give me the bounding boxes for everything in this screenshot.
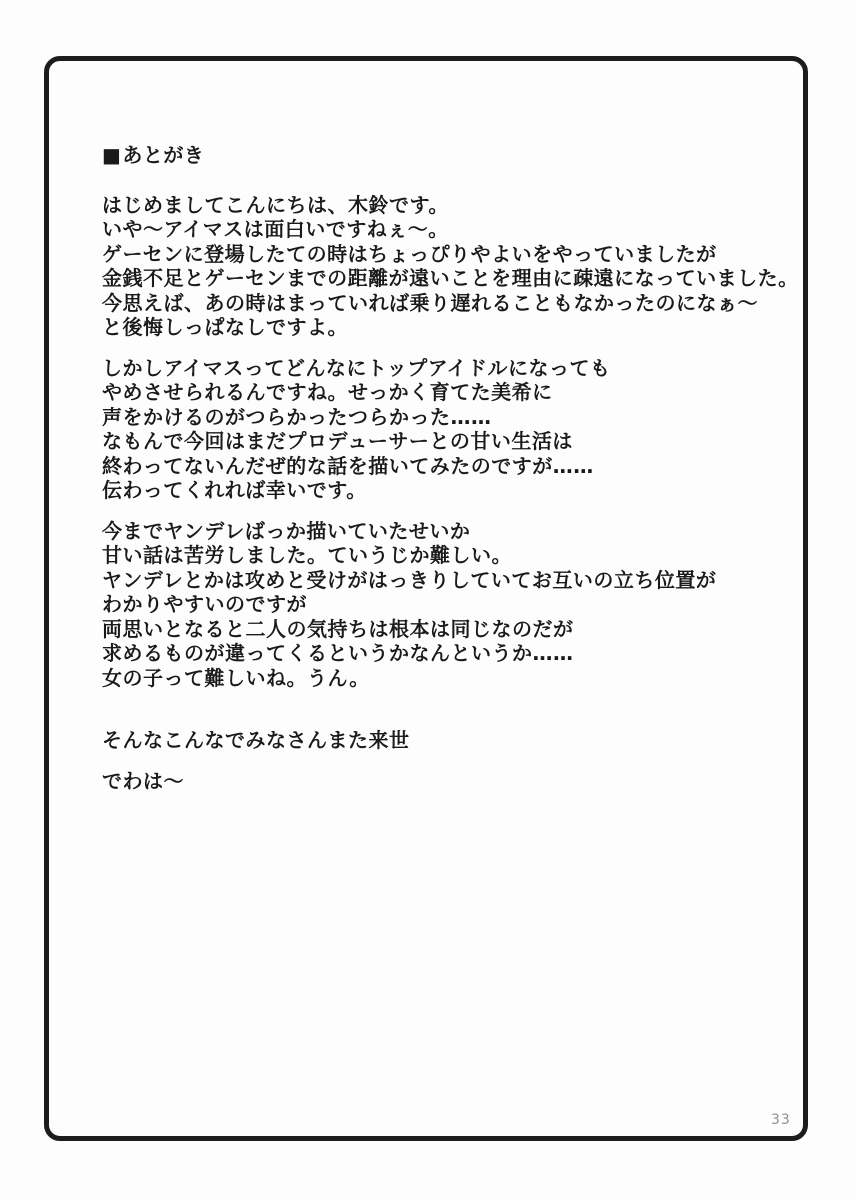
text-line: 今思えば、あの時はまっていれば乗り遅れることもなかったのになぁ～ [102, 291, 802, 316]
text-line: そんなこんなでみなさんまた来世 [102, 728, 802, 753]
text-line: でわは～ [102, 769, 802, 794]
text-line: はじめましてこんにちは、木鈴です。 [102, 193, 802, 218]
afterword-heading-label: あとがき [122, 143, 204, 167]
text-line: 女の子って難しいね。うん。 [102, 666, 802, 691]
scanned-afterword-page: ■あとがき はじめましてこんにちは、木鈴です。 いや～アイマスは面白いですねぇ～… [0, 0, 856, 1200]
text-line: なもんで今回はまだプロデューサーとの甘い生活は [102, 429, 802, 454]
text-line: ヤンデレとかは攻めと受けがはっきりしていてお互いの立ち位置が [102, 568, 802, 593]
text-line: 求めるものが違ってくるというかなんというか…… [102, 641, 802, 666]
text-line: 甘い話は苦労しました。ていうじか難しい。 [102, 543, 802, 568]
afterword-paragraph-story: しかしアイマスってどんなにトップアイドルになっても やめさせられるんですね。せっ… [102, 356, 802, 503]
text-line: いや～アイマスは面白いですねぇ～。 [102, 217, 802, 242]
text-line: 両思いとなると二人の気持ちは根本は同じなのだが [102, 617, 802, 642]
black-square-marker-icon: ■ [102, 143, 121, 168]
text-line: 伝わってくれれば幸いです。 [102, 478, 802, 503]
afterword-paragraph-signoff: でわは～ [102, 769, 802, 794]
text-line: 金銭不足とゲーセンまでの距離が遠いことを理由に疎遠になっていました。 [102, 266, 802, 291]
afterword-heading: ■あとがき [102, 143, 802, 168]
afterword-paragraph-greeting: はじめましてこんにちは、木鈴です。 いや～アイマスは面白いですねぇ～。 ゲーセン… [102, 193, 802, 340]
text-line: やめさせられるんですね。せっかく育てた美希に [102, 380, 802, 405]
afterword-paragraph-reflection: 今までヤンデレばっか描いていたせいか 甘い話は苦労しました。ていうじか難しい。 … [102, 519, 802, 691]
text-line: わかりやすいのですが [102, 592, 802, 617]
text-line: しかしアイマスってどんなにトップアイドルになっても [102, 356, 802, 381]
text-line: 声をかけるのがつらかったつらかった…… [102, 405, 802, 430]
text-line: 今までヤンデレばっか描いていたせいか [102, 519, 802, 544]
afterword-content: ■あとがき はじめましてこんにちは、木鈴です。 いや～アイマスは面白いですねぇ～… [102, 143, 802, 809]
text-line: と後悔しっぱなしですよ。 [102, 315, 802, 340]
page-number: 33 [771, 1112, 791, 1128]
afterword-paragraph-farewell: そんなこんなでみなさんまた来世 [102, 728, 802, 753]
text-line: ゲーセンに登場したての時はちょっぴりやよいをやっていましたが [102, 242, 802, 267]
text-line: 終わってないんだぜ的な話を描いてみたのですが…… [102, 454, 802, 479]
